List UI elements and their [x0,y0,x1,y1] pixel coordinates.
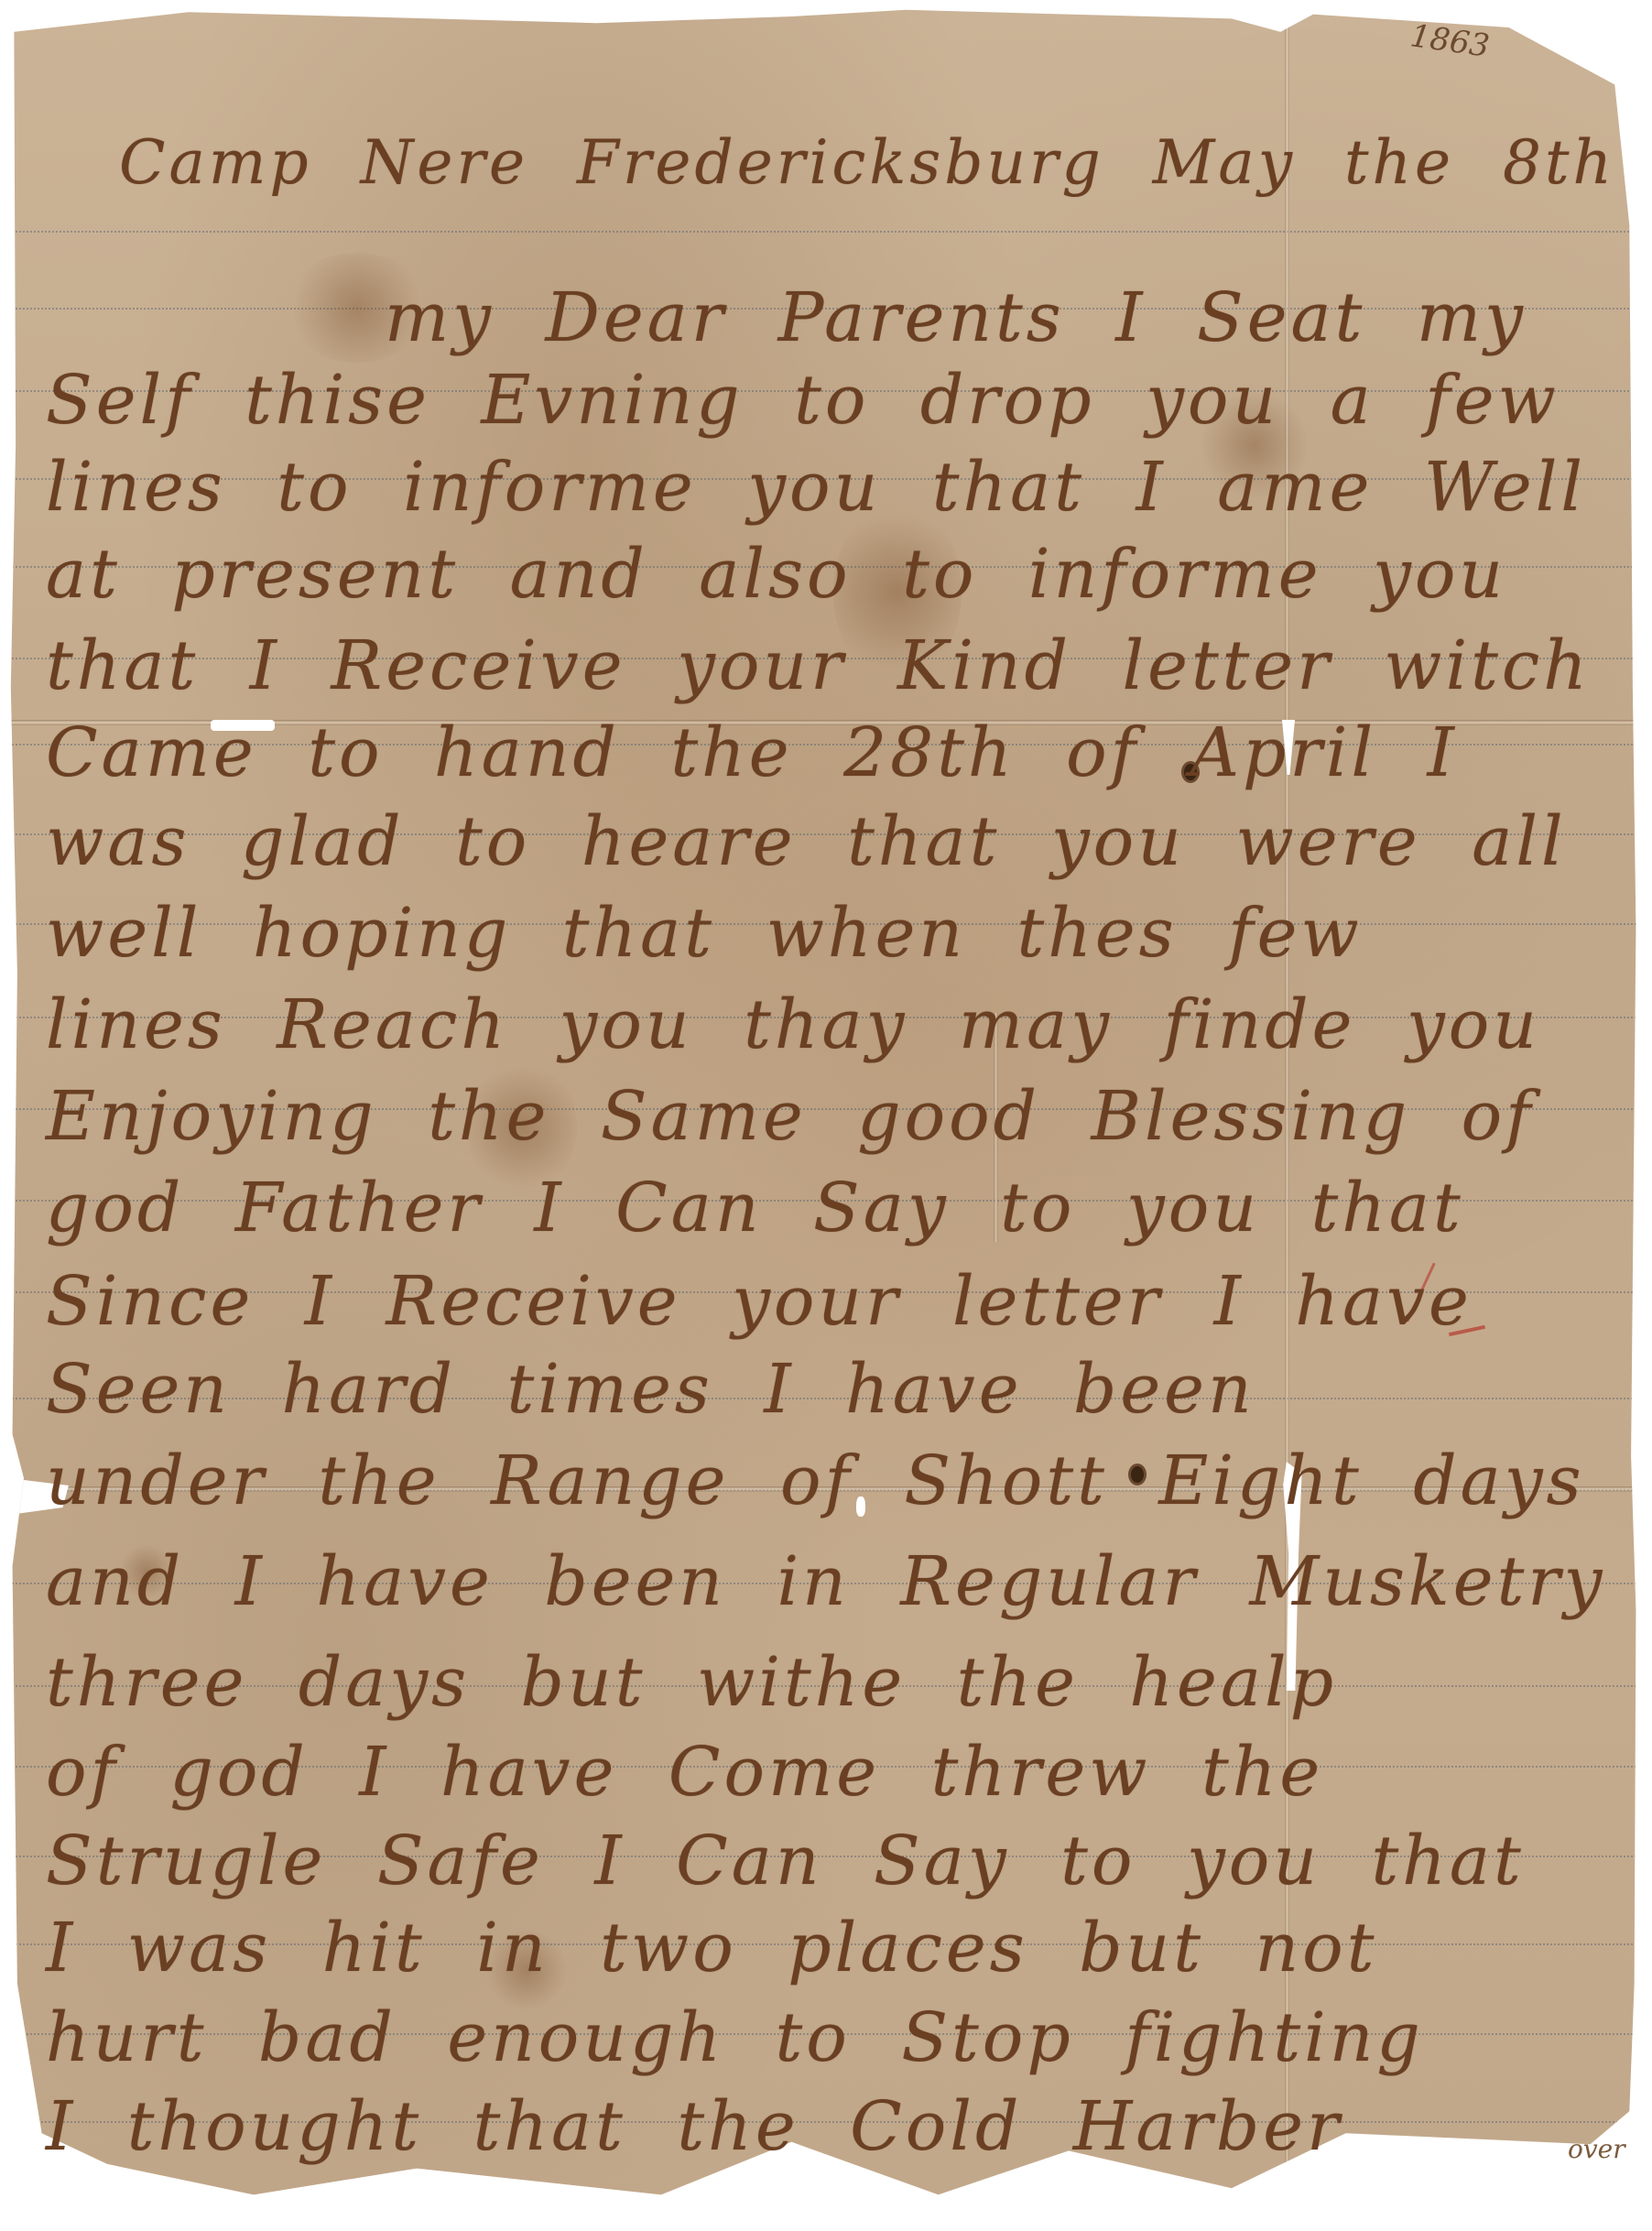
letter-line: hurt bad enough to Stop fighting [46,2004,1615,2072]
letter-line: I was hit in two places but not [46,1914,1615,1982]
letter-line: was glad to heare that you were all [46,808,1615,876]
letter-line: Since I Receive your letter I have [46,1268,1615,1335]
letter-line: lines to informe you that I ame Well [46,453,1615,521]
letter-line: Enjoying the Same good Blessing of [46,1083,1615,1150]
letter-line: god Father I Can Say to you that [46,1174,1615,1242]
letter-line: Strugle Safe I Can Say to you that [46,1827,1615,1895]
letter-line: lines Reach you thay may finde you [46,991,1615,1059]
letter-line: Self thise Evning to drop you a few [46,366,1615,434]
letter-line: three days but withe the healp [46,1649,1615,1716]
letter-line: and I have been in Regular Musketry [46,1548,1615,1616]
letter-line: that I Receive your Kind letter witch [46,632,1615,700]
letter-line: at present and also to informe you [46,540,1615,608]
letter-line: Came to hand the 28th of April I [46,719,1615,787]
letter-heading: Camp Nere Fredericksburg May the 8th [119,133,1615,193]
ruled-line [9,231,1639,233]
letter-line: under the Range of Shott Eight days [46,1447,1615,1515]
letter-line: Seen hard times I have been [46,1355,1615,1423]
continuation-mark: over [1568,2134,1625,2164]
letter-salutation: my Dear Parents I Seat my [385,284,1615,352]
letter-line: I thought that the Cold Harber [46,2093,1615,2160]
letter-line: well hoping that when thes few [46,899,1615,967]
letter-line: of god I have Come threw the [46,1738,1615,1806]
